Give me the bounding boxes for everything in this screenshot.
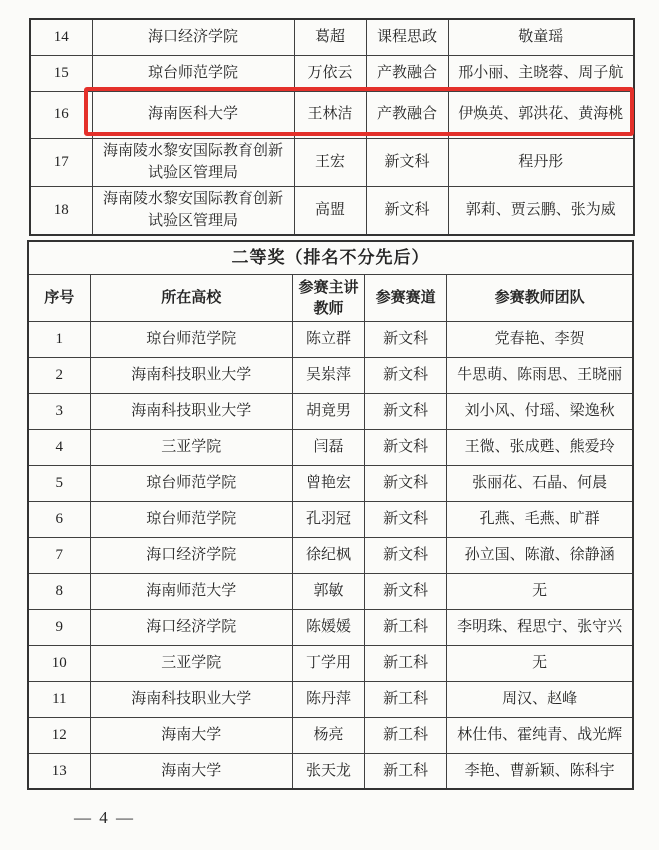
- cell-track: 产教融合: [366, 91, 448, 138]
- cell-no: 6: [28, 501, 90, 537]
- table-row: 12海南大学杨亮新工科林仕伟、霍纯青、战光辉: [28, 717, 633, 753]
- cell-track: 新文科: [365, 393, 447, 429]
- cell-school: 琼台师范学院: [90, 465, 292, 501]
- cell-no: 12: [28, 717, 90, 753]
- cell-teacher: 葛超: [294, 19, 366, 55]
- cell-team: 牛思萌、陈雨思、王晓丽: [447, 357, 633, 393]
- cell-no: 18: [30, 186, 92, 235]
- cell-teacher: 吴岽萍: [292, 357, 364, 393]
- cell-no: 16: [30, 91, 92, 138]
- cell-teacher: 孔羽冠: [292, 501, 364, 537]
- cell-teacher: 丁学用: [292, 645, 364, 681]
- cell-school: 海南医科大学: [92, 91, 294, 138]
- cell-school: 琼台师范学院: [92, 55, 294, 91]
- cell-team: 孔燕、毛燕、旷群: [447, 501, 633, 537]
- table-row-highlighted: 16海南医科大学王林洁产教融合伊焕英、郭洪花、黄海桃: [30, 91, 634, 138]
- table-row: 2海南科技职业大学吴岽萍新文科牛思萌、陈雨思、王晓丽: [28, 357, 633, 393]
- cell-team: 孙立国、陈澈、徐静涵: [447, 537, 633, 573]
- document-page: 14海口经济学院葛超课程思政敬童瑶15琼台师范学院万依云产教融合邢小丽、主晓蓉、…: [0, 0, 659, 850]
- table-row: 4三亚学院闫磊新文科王微、张成甦、熊爱玲: [28, 429, 633, 465]
- table-row: 1琼台师范学院陈立群新文科党春艳、李贺: [28, 321, 633, 357]
- table-row: 5琼台师范学院曾艳宏新文科张丽花、石晶、何晨: [28, 465, 633, 501]
- cell-teacher: 陈媛媛: [292, 609, 364, 645]
- cell-teacher: 王宏: [294, 138, 366, 186]
- cell-school: 海南科技职业大学: [90, 393, 292, 429]
- table-row: 7海口经济学院徐纪枫新文科孙立国、陈澈、徐静涵: [28, 537, 633, 573]
- cell-school: 海南大学: [90, 717, 292, 753]
- cell-school: 海口经济学院: [90, 537, 292, 573]
- table-row: 11海南科技职业大学陈丹萍新工科周汉、赵峰: [28, 681, 633, 717]
- cell-track: 新工科: [365, 717, 447, 753]
- cell-no: 10: [28, 645, 90, 681]
- second-prize-title: 二等奖（排名不分先后）: [28, 241, 633, 274]
- cell-no: 14: [30, 19, 92, 55]
- cell-teacher: 陈丹萍: [292, 681, 364, 717]
- cell-team: 林仕伟、霍纯青、战光辉: [447, 717, 633, 753]
- cell-teacher: 王林洁: [294, 91, 366, 138]
- cell-school: 琼台师范学院: [90, 321, 292, 357]
- cell-teacher: 万依云: [294, 55, 366, 91]
- cell-no: 5: [28, 465, 90, 501]
- cell-track: 新文科: [366, 186, 448, 235]
- cell-school: 海南陵水黎安国际教育创新试验区管理局: [92, 186, 294, 235]
- table-row: 9海口经济学院陈媛媛新工科李明珠、程思宁、张守兴: [28, 609, 633, 645]
- page-number: — 4 —: [74, 808, 135, 828]
- cell-track: 产教融合: [366, 55, 448, 91]
- header-team: 参赛教师团队: [447, 274, 633, 321]
- cell-school: 海南大学: [90, 753, 292, 789]
- cell-team: 无: [447, 645, 633, 681]
- cell-team: 邢小丽、主晓蓉、周子航: [448, 55, 634, 91]
- cell-school: 海南科技职业大学: [90, 681, 292, 717]
- header-no: 序号: [28, 274, 90, 321]
- cell-no: 15: [30, 55, 92, 91]
- cell-team: 郭莉、贾云鹏、张为威: [448, 186, 634, 235]
- cell-track: 新工科: [365, 609, 447, 645]
- cell-team: 敬童瑶: [448, 19, 634, 55]
- cell-team: 程丹彤: [448, 138, 634, 186]
- cell-teacher: 闫磊: [292, 429, 364, 465]
- cell-school: 三亚学院: [90, 645, 292, 681]
- table-row: 18海南陵水黎安国际教育创新试验区管理局高盟新文科郭莉、贾云鹏、张为威: [30, 186, 634, 235]
- table-header-row: 序号 所在高校 参赛主讲教师 参赛赛道 参赛教师团队: [28, 274, 633, 321]
- cell-school: 海南陵水黎安国际教育创新试验区管理局: [92, 138, 294, 186]
- cell-no: 3: [28, 393, 90, 429]
- cell-team: 党春艳、李贺: [447, 321, 633, 357]
- cell-school: 海口经济学院: [90, 609, 292, 645]
- cell-no: 1: [28, 321, 90, 357]
- cell-school: 琼台师范学院: [90, 501, 292, 537]
- cell-teacher: 郭敏: [292, 573, 364, 609]
- cell-no: 8: [28, 573, 90, 609]
- cell-track: 新文科: [365, 429, 447, 465]
- cell-team: 张丽花、石晶、何晨: [447, 465, 633, 501]
- cell-no: 9: [28, 609, 90, 645]
- cell-team: 伊焕英、郭洪花、黄海桃: [448, 91, 634, 138]
- table-title-row: 二等奖（排名不分先后）: [28, 241, 633, 274]
- cell-teacher: 曾艳宏: [292, 465, 364, 501]
- cell-teacher: 高盟: [294, 186, 366, 235]
- cell-track: 新文科: [365, 357, 447, 393]
- cell-no: 17: [30, 138, 92, 186]
- cell-track: 新文科: [365, 465, 447, 501]
- cell-teacher: 杨亮: [292, 717, 364, 753]
- award-table-upper: 14海口经济学院葛超课程思政敬童瑶15琼台师范学院万依云产教融合邢小丽、主晓蓉、…: [29, 18, 635, 236]
- cell-team: 无: [447, 573, 633, 609]
- header-teacher: 参赛主讲教师: [292, 274, 364, 321]
- cell-no: 7: [28, 537, 90, 573]
- cell-school: 海南科技职业大学: [90, 357, 292, 393]
- cell-team: 周汉、赵峰: [447, 681, 633, 717]
- cell-teacher: 胡竟男: [292, 393, 364, 429]
- cell-team: 王微、张成甦、熊爱玲: [447, 429, 633, 465]
- cell-track: 新文科: [365, 321, 447, 357]
- cell-school: 海南师范大学: [90, 573, 292, 609]
- table-row: 8海南师范大学郭敏新文科无: [28, 573, 633, 609]
- cell-track: 新文科: [366, 138, 448, 186]
- table-row: 14海口经济学院葛超课程思政敬童瑶: [30, 19, 634, 55]
- table-row: 3海南科技职业大学胡竟男新文科刘小风、付瑶、梁逸秋: [28, 393, 633, 429]
- cell-track: 新文科: [365, 501, 447, 537]
- cell-no: 2: [28, 357, 90, 393]
- cell-team: 李艳、曹新颖、陈科宇: [447, 753, 633, 789]
- table-row: 10三亚学院丁学用新工科无: [28, 645, 633, 681]
- table-row: 13海南大学张天龙新工科李艳、曹新颖、陈科宇: [28, 753, 633, 789]
- cell-no: 13: [28, 753, 90, 789]
- header-track: 参赛赛道: [365, 274, 447, 321]
- header-school: 所在高校: [90, 274, 292, 321]
- table-row: 15琼台师范学院万依云产教融合邢小丽、主晓蓉、周子航: [30, 55, 634, 91]
- cell-track: 新工科: [365, 681, 447, 717]
- table-row: 17海南陵水黎安国际教育创新试验区管理局王宏新文科程丹彤: [30, 138, 634, 186]
- cell-no: 11: [28, 681, 90, 717]
- cell-school: 海口经济学院: [92, 19, 294, 55]
- cell-school: 三亚学院: [90, 429, 292, 465]
- cell-team: 李明珠、程思宁、张守兴: [447, 609, 633, 645]
- second-prize-table: 二等奖（排名不分先后） 序号 所在高校 参赛主讲教师 参赛赛道 参赛教师团队 1…: [27, 240, 634, 790]
- table-row: 6琼台师范学院孔羽冠新文科孔燕、毛燕、旷群: [28, 501, 633, 537]
- cell-no: 4: [28, 429, 90, 465]
- cell-track: 新工科: [365, 753, 447, 789]
- cell-teacher: 陈立群: [292, 321, 364, 357]
- cell-track: 新文科: [365, 537, 447, 573]
- cell-track: 新文科: [365, 573, 447, 609]
- cell-teacher: 徐纪枫: [292, 537, 364, 573]
- cell-track: 课程思政: [366, 19, 448, 55]
- cell-team: 刘小风、付瑶、梁逸秋: [447, 393, 633, 429]
- cell-track: 新工科: [365, 645, 447, 681]
- cell-teacher: 张天龙: [292, 753, 364, 789]
